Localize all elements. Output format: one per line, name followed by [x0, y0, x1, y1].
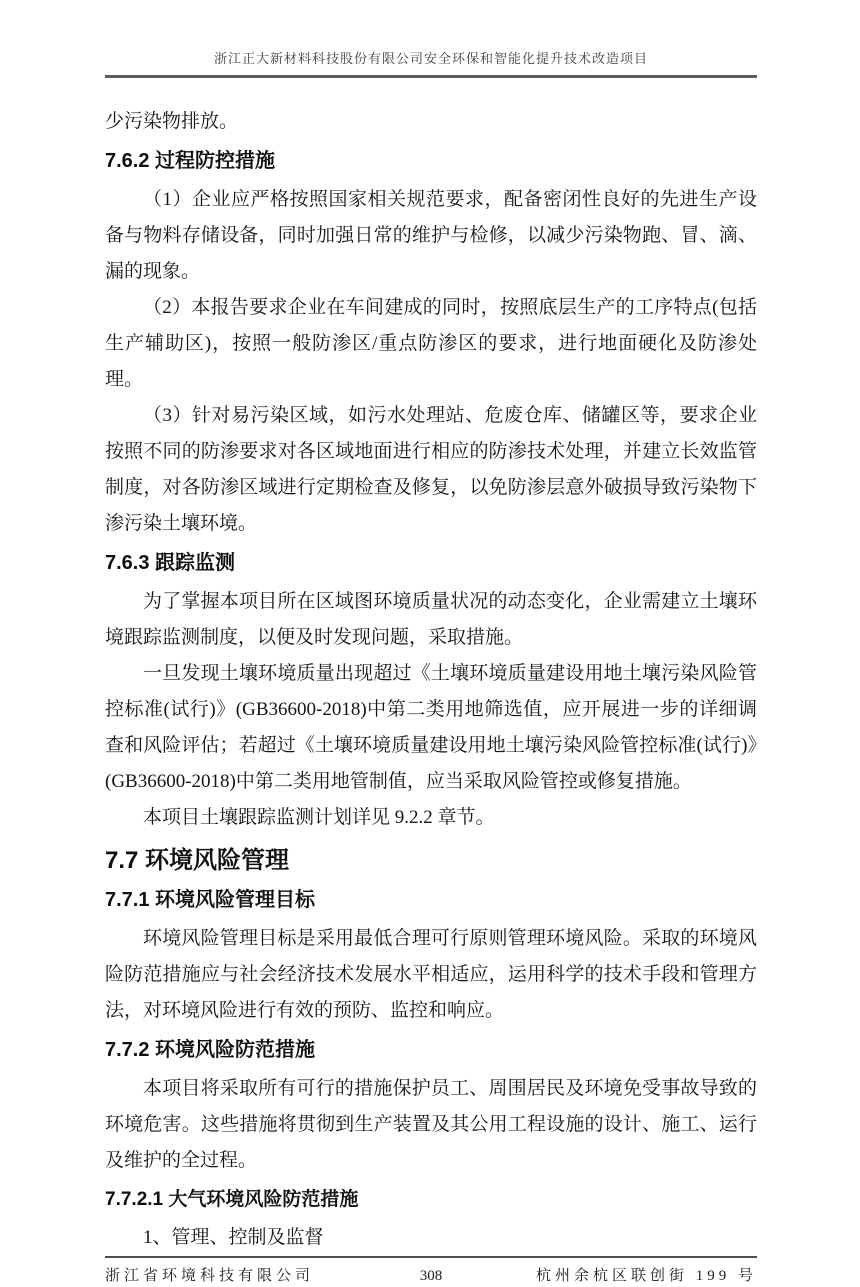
- paragraph: （2）本报告要求企业在车间建成的同时，按照底层生产的工序特点(包括生产辅助区)，…: [105, 290, 757, 398]
- footer-rule: [105, 1256, 757, 1258]
- page-footer: 浙江省环境科技有限公司 308 杭州余杭区联创街 199 号: [105, 1256, 757, 1287]
- section-heading-7-6-3: 7.6.3 跟踪监测: [105, 549, 757, 577]
- paragraph: （1）企业应严格按照国家相关规范要求，配备密闭性良好的先进生产设备与物料存储设备…: [105, 182, 757, 290]
- document-body: 少污染物排放。 7.6.2 过程防控措施 （1）企业应严格按照国家相关规范要求，…: [105, 104, 757, 1256]
- section-heading-7-6-2: 7.6.2 过程防控措施: [105, 147, 757, 175]
- paragraph-continued: 少污染物排放。: [105, 104, 757, 140]
- footer-row: 浙江省环境科技有限公司 308 杭州余杭区联创街 199 号: [105, 1265, 757, 1287]
- paragraph: 环境风险管理目标是采用最低合理可行原则管理环境风险。采取的环境风险防范措施应与社…: [105, 921, 757, 1029]
- paragraph: （3）针对易污染区域，如污水处理站、危废仓库、储罐区等，要求企业按照不同的防渗要…: [105, 398, 757, 542]
- footer-address: 杭州余杭区联创街 199 号: [536, 1265, 757, 1287]
- footer-company: 浙江省环境科技有限公司: [105, 1265, 314, 1287]
- paragraph: 本项目土壤跟踪监测计划详见 9.2.2 章节。: [105, 800, 757, 836]
- paragraph: 一旦发现土壤环境质量出现超过《土壤环境质量建设用地土壤污染风险管控标准(试行)》…: [105, 656, 757, 800]
- paragraph: 为了掌握本项目所在区域图环境质量状况的动态变化，企业需建立土壤环境跟踪监测制度，…: [105, 584, 757, 656]
- page-number: 308: [420, 1265, 443, 1287]
- section-heading-7-7-1: 7.7.1 环境风险管理目标: [105, 886, 757, 914]
- paragraph: 1、管理、控制及监督: [105, 1220, 757, 1256]
- document-page: 浙江正大新材料科技股份有限公司安全环保和智能化提升技术改造项目 少污染物排放。 …: [0, 0, 860, 1216]
- section-heading-7-7-2: 7.7.2 环境风险防范措施: [105, 1036, 757, 1064]
- header-rule: [105, 75, 757, 78]
- page-header: 浙江正大新材料科技股份有限公司安全环保和智能化提升技术改造项目: [105, 50, 757, 78]
- header-title: 浙江正大新材料科技股份有限公司安全环保和智能化提升技术改造项目: [105, 50, 757, 75]
- chapter-heading-7-7: 7.7 环境风险管理: [105, 845, 757, 877]
- subsection-heading-7-7-2-1: 7.7.2.1 大气环境风险防范措施: [105, 1186, 757, 1213]
- paragraph: 本项目将采取所有可行的措施保护员工、周围居民及环境免受事故导致的环境危害。这些措…: [105, 1071, 757, 1179]
